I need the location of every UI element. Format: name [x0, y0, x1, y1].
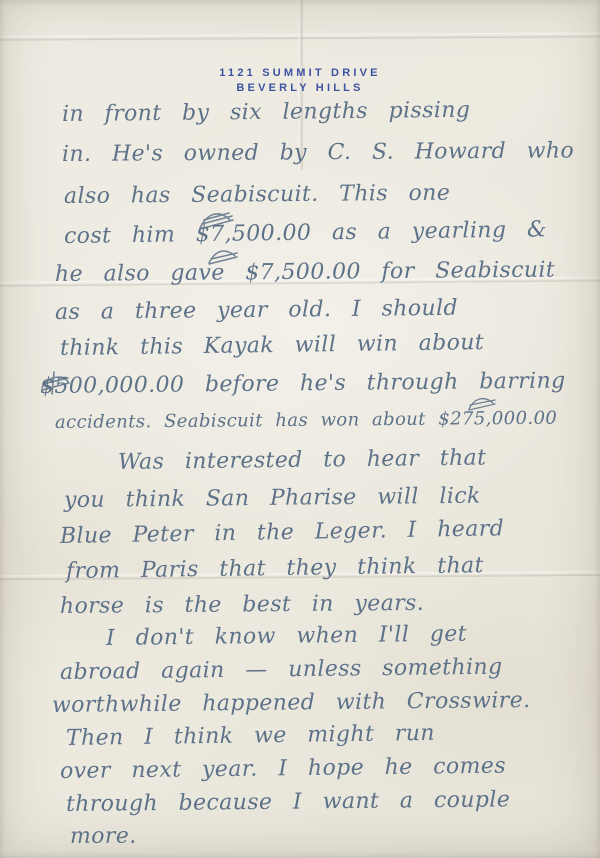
letterhead: 1121 SUMMIT DRIVE BEVERLY HILLS — [0, 66, 600, 96]
handwritten-line: in front by six lengths pissing — [62, 100, 471, 126]
handwritten-line: $500,000.00 before he's through barring — [40, 370, 566, 398]
handwritten-line: horse is the best in years. — [60, 593, 424, 618]
handwritten-line: worthwhile happened with Crosswire. — [52, 690, 531, 717]
handwritten-line: in. He's owned by C. S. Howard who — [62, 140, 574, 166]
fold-crease-horizontal — [0, 32, 600, 40]
handwritten-line: accidents. Seabiscuit has won about $275… — [55, 410, 557, 432]
handwritten-line: he also gave $7,500.00 for Seabiscuit — [55, 260, 555, 286]
letterhead-address-line: 1121 SUMMIT DRIVE — [0, 66, 600, 81]
handwritten-line: Was interested to hear that — [118, 448, 487, 474]
handwritten-line: Blue Peter in the Leger. I heard — [60, 518, 505, 548]
handwritten-line: Then I think we might run — [66, 723, 435, 750]
handwritten-line: from Paris that they think that — [66, 555, 484, 583]
handwritten-line: over next year. I hope he comes — [60, 756, 506, 783]
handwritten-line: think this Kayak will win about — [60, 332, 484, 360]
handwritten-line: also has Seabiscuit. This one — [64, 183, 450, 208]
handwritten-line: you think San Pharise will lick — [64, 486, 481, 512]
handwritten-line: through because I want a couple — [66, 789, 510, 816]
letterhead-city-line: BEVERLY HILLS — [0, 81, 600, 96]
letter-paper: 1121 SUMMIT DRIVE BEVERLY HILLS in front… — [0, 0, 600, 858]
handwritten-line: I don't know when I'll get — [106, 624, 467, 650]
handwritten-line: more. — [70, 826, 137, 848]
handwritten-line: abroad again — unless something — [60, 657, 503, 684]
handwritten-line: cost him $7,500.00 as a yearling & — [64, 219, 547, 248]
handwritten-line: as a three year old. I should — [55, 298, 458, 324]
